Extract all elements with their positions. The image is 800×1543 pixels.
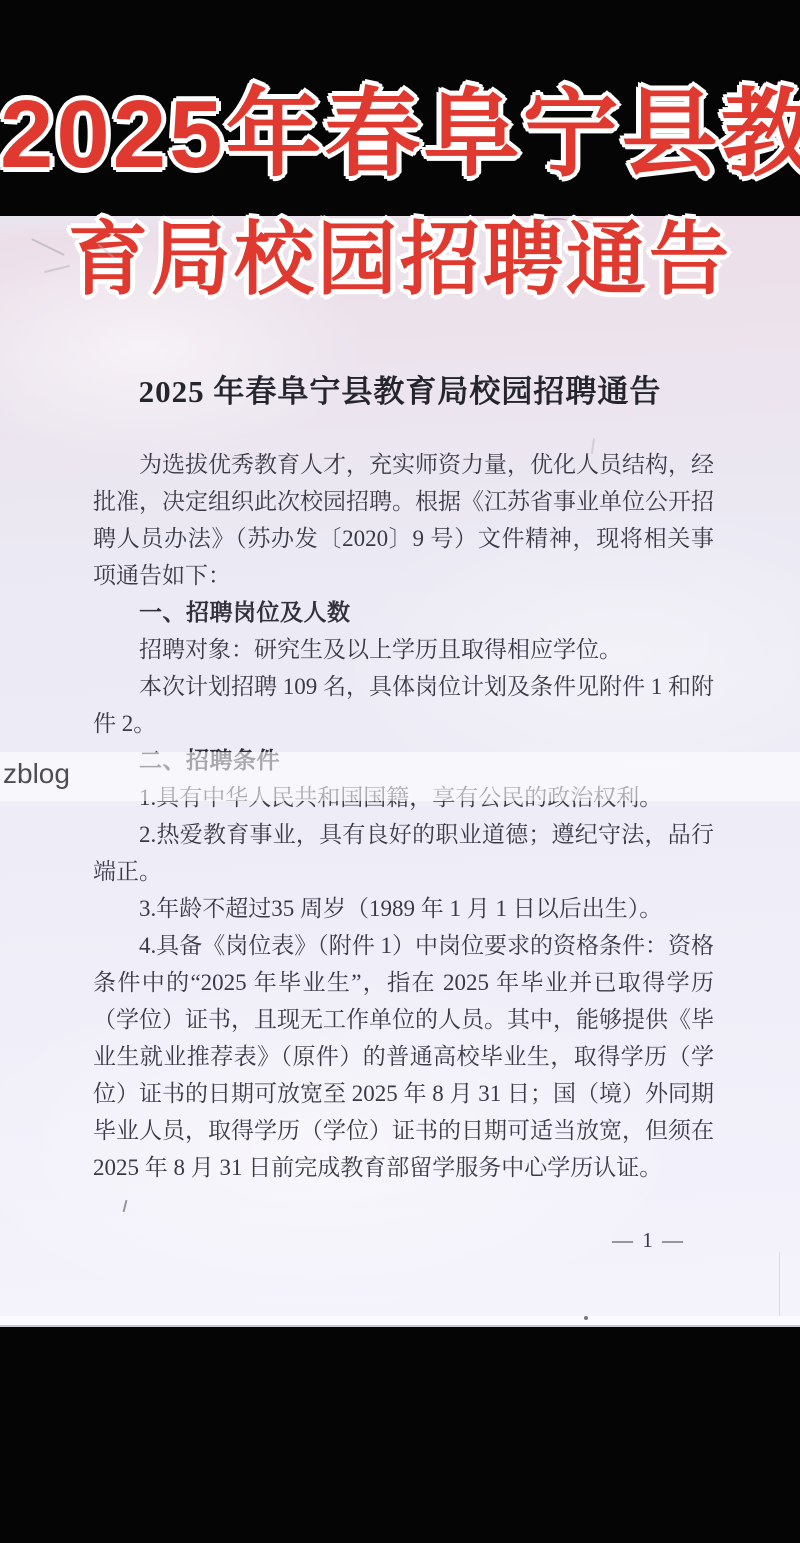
screenshot-root: 2025年春阜宁县教 育局校园招聘通告 2025 年春阜宁县教育局校园招聘通告 …: [0, 0, 800, 1543]
condition-item-2: 2.热爱教育事业，具有良好的职业道德；遵纪守法，品行端正。: [93, 816, 714, 890]
promo-headline-line-1: 2025年春阜宁县教: [0, 80, 800, 190]
document-body: 为选拔优秀教育人才，充实师资力量，优化人员结构，经批准，决定组织此次校园招聘。根…: [93, 446, 714, 1186]
condition-item-3: 3.年龄不超过35 周岁（1989 年 1 月 1 日以后出生）。: [93, 890, 714, 927]
promo-headline-line-2: 育局校园招聘通告: [0, 214, 800, 306]
section-2-heading: 二、招聘条件: [93, 742, 714, 779]
page-number: — 1 —: [612, 1228, 682, 1253]
condition-item-4: 4.具备《岗位表》（附件 1）中岗位要求的资格条件：资格条件中的“2025 年毕…: [93, 927, 714, 1186]
intro-paragraph: 为选拔优秀教育人才，充实师资力量，优化人员结构，经批准，决定组织此次校园招聘。根…: [93, 446, 714, 594]
recruit-count-paragraph: 本次计划招聘 109 名，具体岗位计划及条件见附件 1 和附件 2。: [93, 668, 714, 742]
recruit-target-paragraph: 招聘对象：研究生及以上学历且取得相应学位。: [93, 631, 714, 668]
section-1-heading: 一、招聘岗位及人数: [93, 594, 714, 631]
paper-bottom-edge: [0, 1316, 800, 1327]
condition-item-1: 1.具有中华人民共和国国籍，享有公民的政治权利。: [93, 779, 714, 816]
document-title: 2025 年春阜宁县教育局校园招聘通告: [0, 366, 800, 411]
